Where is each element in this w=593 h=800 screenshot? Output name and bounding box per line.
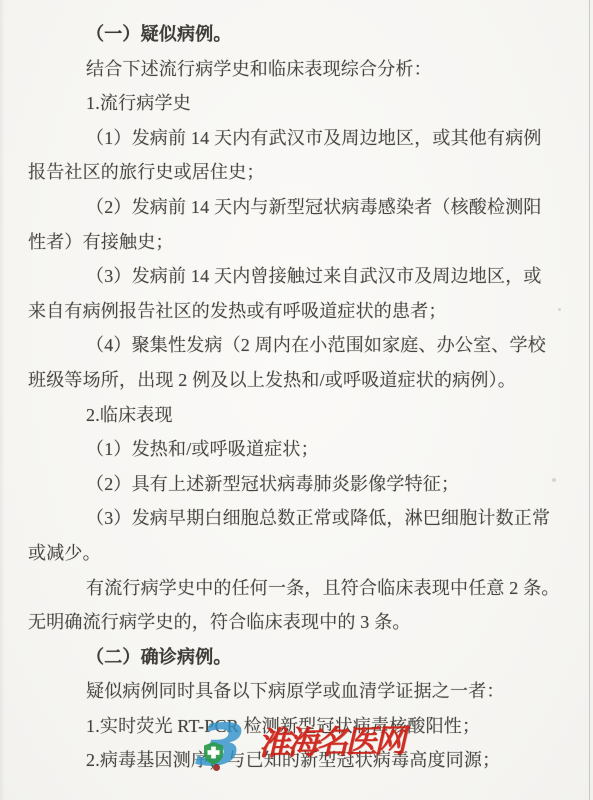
text-line: （2）发病前 14 天内与新型冠状病毒感染者（核酸检测阳 <box>28 190 568 225</box>
text-line: 有流行病学史中的任何一条，且符合临床表现中任意 2 条。 <box>28 571 568 606</box>
text-line: （4）聚集性发病（2 周内在小范围如家庭、办公室、学校 <box>28 328 568 363</box>
text-line: （3）发病早期白细胞总数正常或降低，淋巴细胞计数正常 <box>28 501 568 536</box>
scanned-document-page: （一）疑似病例。结合下述流行病学史和临床表现综合分析：1.流行病学史（1）发病前… <box>0 0 593 800</box>
text-line: （3）发病前 14 天内曾接触过来自武汉市及周边地区，或 <box>28 259 568 294</box>
scan-speck <box>545 512 548 514</box>
scan-speck <box>552 478 556 482</box>
text-line: （2）具有上述新型冠状病毒肺炎影像学特征； <box>28 467 568 502</box>
text-line: 2.临床表现 <box>28 398 568 433</box>
text-line: （二）确诊病例。 <box>28 640 568 675</box>
text-line: 疑似病例同时具备以下病原学或血清学证据之一者： <box>28 674 568 709</box>
text-line: 或减少。 <box>28 536 568 571</box>
text-line: 结合下述流行病学史和临床表现综合分析： <box>28 52 568 87</box>
text-line: （一）疑似病例。 <box>28 17 568 52</box>
text-line: 性者）有接触史； <box>28 225 568 260</box>
text-line: （1）发病前 14 天内有武汉市及周边地区，或其他有病例 <box>28 121 568 156</box>
text-line: 1.实时荧光 RT-PCR 检测新型冠状病毒核酸阳性； <box>28 709 568 744</box>
text-line: （1）发热和/或呼吸道症状； <box>28 432 568 467</box>
text-line: 报告社区的旅行史或居住史； <box>28 155 568 190</box>
text-line: 2.病毒基因测序，与已知的新型冠状病毒高度同源； <box>28 743 568 778</box>
text-line: 1.流行病学史 <box>28 86 568 121</box>
text-line: 来自有病例报告社区的发热或有呼吸道症状的患者； <box>28 294 568 329</box>
document-lines: （一）疑似病例。结合下述流行病学史和临床表现综合分析：1.流行病学史（1）发病前… <box>28 17 568 778</box>
left-edge-scan-shade <box>0 0 5 800</box>
text-line: 无明确流行病学史的，符合临床表现中的 3 条。 <box>28 605 568 640</box>
text-line: 班级等场所，出现 2 例及以上发热和/或呼吸道症状的病例）。 <box>28 363 568 398</box>
right-edge-scan-line <box>589 0 590 800</box>
scan-speck <box>558 308 561 311</box>
